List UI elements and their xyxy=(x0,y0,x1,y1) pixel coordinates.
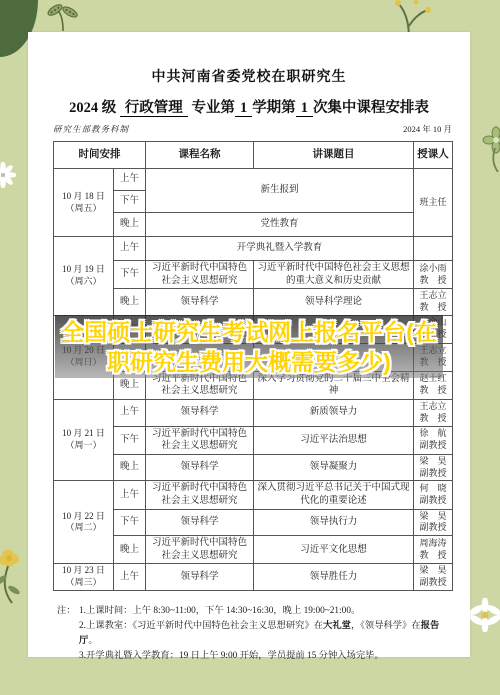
promo-overlay-line1: 全国硕士研究生考试网上报名平台(在 xyxy=(61,317,437,347)
title-major-underlined: 行政管理 xyxy=(120,100,188,117)
cell-party-education: 党性教育 xyxy=(146,213,414,237)
title-mid1: 专业第 xyxy=(191,100,235,116)
sprout-icon xyxy=(46,2,80,32)
table-row: 下午 领导科学 领导执行力 梁 昊副教授 xyxy=(54,509,453,536)
cell-teacher: 梁 昊副教授 xyxy=(414,454,453,481)
issuer-label: 研究生部教务科制 xyxy=(53,123,129,135)
promo-overlay-banner: 全国硕士研究生考试网上报名平台(在 职研究生费用大概需要多少) xyxy=(55,315,443,378)
notes-block: 注： 1.上课时间：上午 8:30~11:00，下午 14:30~16:30，晚… xyxy=(57,604,456,664)
issue-date-label: 2024 年 10 月 xyxy=(403,123,452,135)
cell-teacher: 梁 昊副教授 xyxy=(414,509,453,536)
cell-date: 10 月 18 日（周五） xyxy=(54,169,114,237)
white-flower-left-icon xyxy=(0,162,16,188)
cell-time-am: 上午 xyxy=(114,564,146,591)
cell-teacher: 涂小雨教 授 xyxy=(414,261,453,289)
cell-topic: 领导执行力 xyxy=(254,509,414,536)
cell-registration: 新生报到 xyxy=(146,169,414,213)
cell-teacher-empty xyxy=(414,237,453,261)
cell-time-eve: 晚上 xyxy=(114,536,146,564)
title-mid2: 学期第 xyxy=(252,100,296,116)
promo-overlay-line2: 职研究生费用大概需要多少) xyxy=(107,347,391,377)
cell-course: 领导科学 xyxy=(146,454,254,481)
table-row: 晚上 习近平新时代中国特色社会主义思想研究 习近平文化思想 周海涛教 授 xyxy=(54,536,453,564)
header-time: 时间安排 xyxy=(54,142,146,169)
table-row: 10 月 21 日（周一） 上午 领导科学 新质领导力 王志立教 授 xyxy=(54,399,453,426)
page-background: 中共河南省委党校在职研究生 2024 级 行政管理 专业第1学期第1次集中课程安… xyxy=(0,0,500,695)
table-row: 下午 习近平新时代中国特色社会主义思想研究 习近平法治思想 徐 航副教授 xyxy=(54,426,453,454)
cell-course: 领导科学 xyxy=(146,509,254,536)
cell-time-am: 上午 xyxy=(114,399,146,426)
table-row: 晚上 领导科学 领导凝聚力 梁 昊副教授 xyxy=(54,454,453,481)
cell-time-eve: 晚上 xyxy=(114,454,146,481)
header-topic: 讲课题目 xyxy=(254,142,414,169)
cell-course: 习近平新时代中国特色社会主义思想研究 xyxy=(146,481,254,509)
table-row: 晚上 党性教育 xyxy=(54,213,453,237)
cell-time-eve: 晚上 xyxy=(114,213,146,237)
table-row: 10 月 23 日（周三） 上午 领导科学 领导胜任力 梁 昊副教授 xyxy=(54,564,453,591)
meta-row: 研究生部教务科制 2024 年 10 月 xyxy=(53,123,452,135)
table-row: 10 月 19 日（周六） 上午 开学典礼暨入学教育 xyxy=(54,237,453,261)
cell-teacher: 王志立教 授 xyxy=(414,399,453,426)
cell-topic: 领导胜任力 xyxy=(254,564,414,591)
cell-time-pm: 下午 xyxy=(114,426,146,454)
cell-course: 领导科学 xyxy=(146,564,254,591)
note-item-1: 1.上课时间：上午 8:30~11:00，下午 14:30~16:30，晚上 1… xyxy=(79,604,456,619)
title-suffix: 次集中课程安排表 xyxy=(313,100,429,116)
document-title-line2: 2024 级 行政管理 专业第1学期第1次集中课程安排表 xyxy=(28,96,470,117)
table-row: 下午 习近平新时代中国特色社会主义思想研究 习近平新时代中国特色社会主义思想的重… xyxy=(54,261,453,289)
cell-topic: 领导凝聚力 xyxy=(254,454,414,481)
table-row: 10 月 22 日（周二） 上午 习近平新时代中国特色社会主义思想研究 深入贯彻… xyxy=(54,481,453,509)
header-course: 课程名称 xyxy=(146,142,254,169)
cell-topic: 习近平法治思想 xyxy=(254,426,414,454)
title-semester-underlined: 1 xyxy=(235,100,252,117)
cell-time-am: 上午 xyxy=(114,481,146,509)
note-item-2: 2.上课教室：《习近平新时代中国特色社会主义思想研究》在大礼堂，《领导科学》在报… xyxy=(79,619,456,649)
cell-date: 10 月 21 日（周一） xyxy=(54,399,114,481)
cell-teacher: 班主任 xyxy=(414,169,453,237)
cell-course: 领导科学 xyxy=(146,399,254,426)
header-teacher: 授课人 xyxy=(414,142,453,169)
cell-course: 领导科学 xyxy=(146,289,254,316)
cell-time-eve: 晚上 xyxy=(114,289,146,316)
cell-date: 10 月 23 日（周三） xyxy=(54,564,114,591)
cell-teacher: 徐 航副教授 xyxy=(414,426,453,454)
table-row: 10 月 18 日（周五） 上午 新生报到 班主任 xyxy=(54,169,453,191)
cell-topic: 深入贯彻习近平总书记关于中国式现代化的重要论述 xyxy=(254,481,414,509)
cell-teacher: 梁 昊副教授 xyxy=(414,564,453,591)
cell-date: 10 月 19 日（周六） xyxy=(54,237,114,316)
cell-time-pm: 下午 xyxy=(114,261,146,289)
title-session-underlined: 1 xyxy=(296,100,313,117)
cell-time-am: 上午 xyxy=(114,237,146,261)
white-flower-bottom-icon xyxy=(468,598,500,632)
note-item-3: 3.开学典礼暨入学教育：19 日上午 9:00 开始，学员提前 15 分钟入场完… xyxy=(79,649,456,664)
table-header-row: 时间安排 课程名称 讲课题目 授课人 xyxy=(54,142,453,169)
cell-time-am: 上午 xyxy=(114,169,146,191)
cell-course: 习近平新时代中国特色社会主义思想研究 xyxy=(146,536,254,564)
cell-time-pm: 下午 xyxy=(114,191,146,213)
title-class-year: 2024 级 xyxy=(69,100,116,116)
cell-time-pm: 下午 xyxy=(114,509,146,536)
cell-teacher: 何 晓副教授 xyxy=(414,481,453,509)
green-flower-icon xyxy=(480,126,500,172)
table-row: 晚上 领导科学 领导科学理论 王志立教 授 xyxy=(54,289,453,316)
cell-course: 习近平新时代中国特色社会主义思想研究 xyxy=(146,426,254,454)
cell-opening-ceremony: 开学典礼暨入学教育 xyxy=(146,237,414,261)
notes-tag: 注： xyxy=(57,604,76,619)
cell-topic: 领导科学理论 xyxy=(254,289,414,316)
document-title-line1: 中共河南省委党校在职研究生 xyxy=(28,66,470,86)
cell-topic: 习近平文化思想 xyxy=(254,536,414,564)
cell-teacher: 王志立教 授 xyxy=(414,289,453,316)
cell-date: 10 月 22 日（周二） xyxy=(54,481,114,564)
cell-course: 习近平新时代中国特色社会主义思想研究 xyxy=(146,261,254,289)
cell-teacher: 周海涛教 授 xyxy=(414,536,453,564)
cell-topic: 新质领导力 xyxy=(254,399,414,426)
cell-topic: 习近平新时代中国特色社会主义思想的重大意义和历史贡献 xyxy=(254,261,414,289)
